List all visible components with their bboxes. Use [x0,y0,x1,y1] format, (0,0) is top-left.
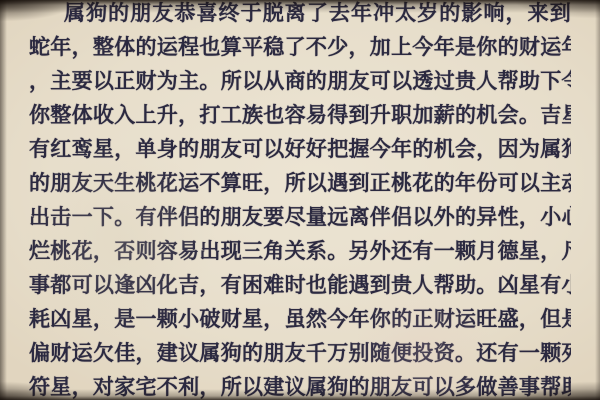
text-line: 的朋友天生桃花运不算旺，所以遇到正桃花的年份可以主动 [29,167,571,201]
text-line: 偏财运欠佳，建议属狗的朋友千万别随便投资。还有一颗死 [29,337,571,371]
text-line: 属狗的朋友恭喜终于脱离了去年冲太岁的影响，来到 [29,0,571,31]
text-line: 你整体收入上升，打工族也容易得到升职加薪的机会。吉星 [29,99,571,133]
fortune-page: 属狗的朋友恭喜终于脱离了去年冲太岁的影响，来到蛇年，整体的运程也算平稳了不少，加… [0,0,600,400]
text-line: 有红鸾星，单身的朋友可以好好把握今年的机会，因为属狗 [29,133,571,167]
text-line: 符星，对家宅不利，所以建议属狗的朋友可以多做善事帮助 [29,371,571,400]
text-line: ，主要以正财为主。所以从商的朋友可以透过贵人帮助下令 [29,65,571,99]
text-line: 出击一下。有伴侣的朋友要尽量远离伴侣以外的异性，小心 [29,201,571,235]
text-line: 耗凶星，是一颗小破财星，虽然今年你的正财运旺盛，但是 [29,303,571,337]
text-line: 烂桃花，否则容易出现三角关系。另外还有一颗月德星，凡 [29,235,571,269]
text-line: 蛇年，整体的运程也算平稳了不少，加上今年是你的财运年 [29,31,571,65]
text-line: 事都可以逢凶化吉，有困难时也能遇到贵人帮助。凶星有小 [29,269,571,303]
fortune-text-block: 属狗的朋友恭喜终于脱离了去年冲太岁的影响，来到蛇年，整体的运程也算平稳了不少，加… [29,0,571,400]
